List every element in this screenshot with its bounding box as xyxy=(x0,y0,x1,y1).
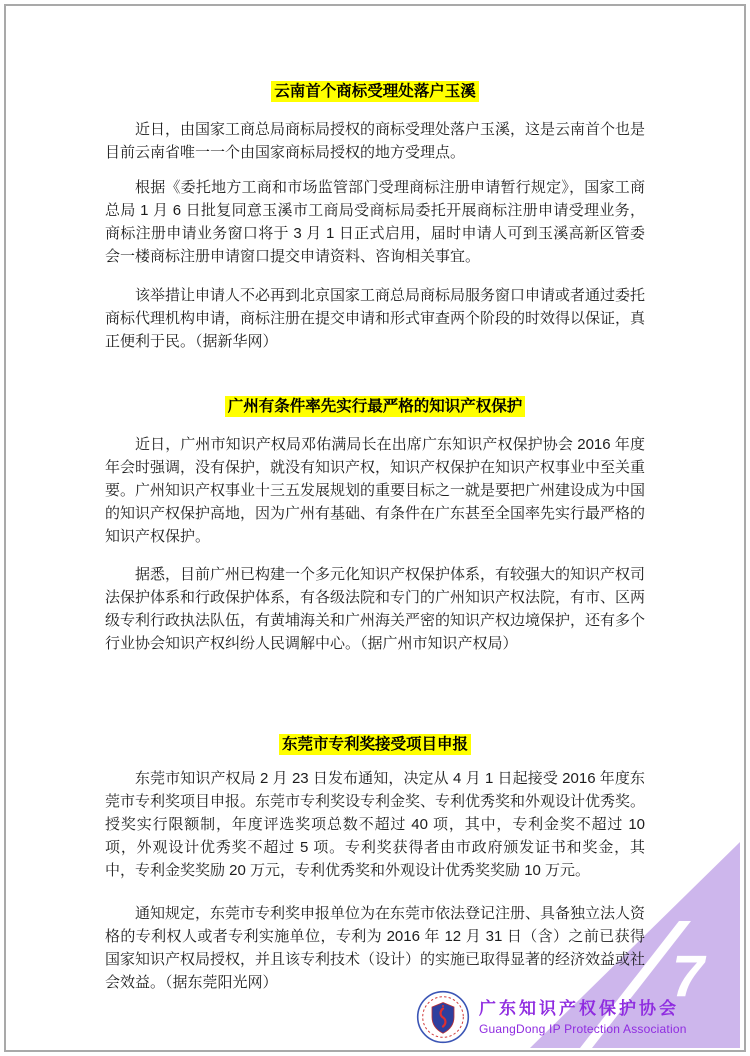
article-2-paragraph-2: 据悉，目前广州已构建一个多元化知识产权保护体系，有较强大的知识产权司法保护体系和… xyxy=(105,563,645,655)
article-3-paragraph-1: 东莞市知识产权局 2 月 23 日发布通知，决定从 4 月 1 日起接受 201… xyxy=(105,767,645,882)
footer: 广东知识产权保护协会 GuangDong IP Protection Assoc… xyxy=(416,990,687,1044)
article-2-paragraph-1: 近日，广州市知识产权局邓佑满局长在出席广东知识产权保护协会 2016 年度年会时… xyxy=(105,433,645,548)
logo-star-dot xyxy=(442,1005,444,1007)
article-3-paragraph-2: 通知规定，东莞市专利奖申报单位为在东莞市依法登记注册、具备独立法人资格的专利权人… xyxy=(105,902,645,994)
document-page: 7 云南首个商标受理处落户玉溪 近日，由国家工商总局商标局授权的商标受理处落户玉… xyxy=(0,0,750,1056)
article-2-title: 广州有条件率先实行最严格的知识产权保护 xyxy=(105,395,645,419)
org-name-chinese: 广东知识产权保护协会 xyxy=(479,997,687,1021)
article-3-title-text: 东莞市专利奖接受项目申报 xyxy=(279,734,471,755)
page-content: 云南首个商标受理处落户玉溪 近日，由国家工商总局商标局授权的商标受理处落户玉溪，… xyxy=(105,0,645,994)
brand-text-block: 广东知识产权保护协会 GuangDong IP Protection Assoc… xyxy=(479,997,687,1037)
article-1-paragraph-1: 近日，由国家工商总局商标局授权的商标受理处落户玉溪，这是云南首个也是目前云南省唯… xyxy=(105,118,645,164)
article-1-paragraph-2: 根据《委托地方工商和市场监管部门受理商标注册申请暂行规定》，国家工商总局 1 月… xyxy=(105,176,645,268)
article-1-paragraph-3: 该举措让申请人不必再到北京国家工商总局商标局服务窗口申请或者通过委托商标代理机构… xyxy=(105,284,645,353)
article-3-title: 东莞市专利奖接受项目申报 xyxy=(105,733,645,757)
article-2-title-text: 广州有条件率先实行最严格的知识产权保护 xyxy=(225,396,526,417)
org-name-english: GuangDong IP Protection Association xyxy=(479,1022,687,1037)
article-1-title: 云南首个商标受理处落户玉溪 xyxy=(105,80,645,104)
association-logo-icon xyxy=(416,990,470,1044)
article-1-title-text: 云南首个商标受理处落户玉溪 xyxy=(271,81,479,102)
